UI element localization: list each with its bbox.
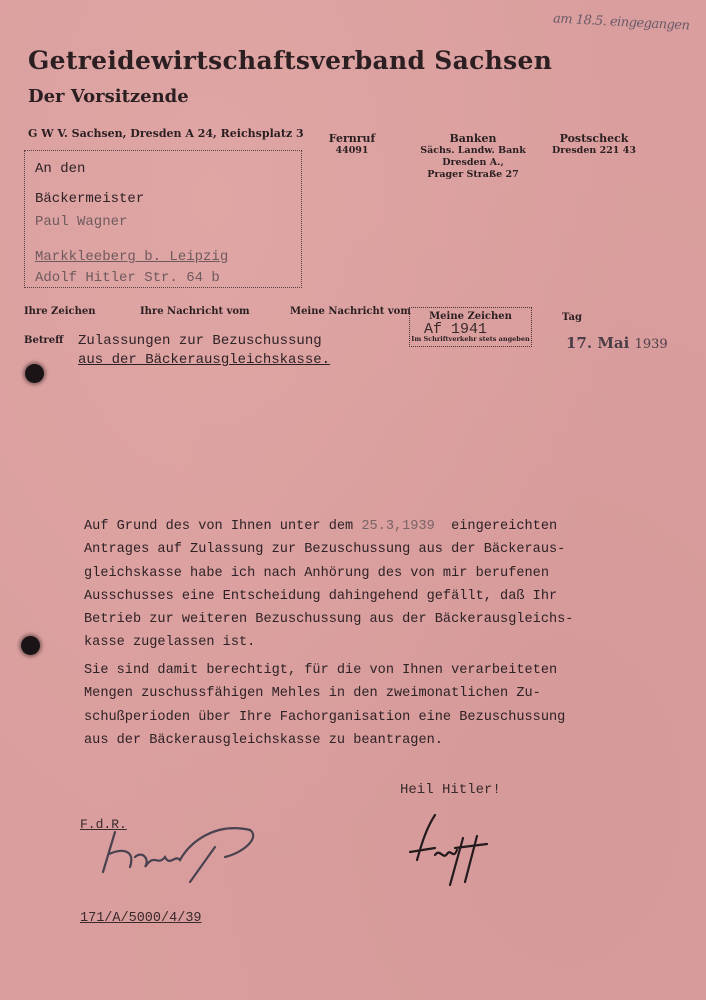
sender-address-line: G W V. Sachsen, Dresden A 24, Reichsplat… <box>28 127 304 140</box>
organization-name: Getreidewirtschaftsverband Sachsen <box>28 46 552 75</box>
phone-number: 44091 <box>322 145 382 157</box>
postcheck-number: Dresden 221 43 <box>548 145 640 157</box>
punch-hole <box>21 636 40 655</box>
subject-line-2: aus der Bäckerausgleichskasse. <box>78 351 330 370</box>
phone-label: Fernruf <box>322 132 382 145</box>
recipient-line: Bäckermeister <box>35 191 144 207</box>
subject: Zulassungen zur Bezuschussung aus der Bä… <box>78 332 330 370</box>
recipient-address-box: An den Bäckermeister Paul Wagner Markkle… <box>24 150 302 288</box>
handwritten-receipt-note: am 18.5. eingegangen <box>553 11 690 33</box>
contact-postcheck: Postscheck Dresden 221 43 <box>548 132 640 157</box>
signature-clerk <box>95 812 265 892</box>
date-label: Tag <box>562 312 582 323</box>
closing-greeting: Heil Hitler! <box>400 782 501 798</box>
signature-chairman <box>405 810 505 890</box>
letter-page: am 18.5. eingegangen Getreidewirtschafts… <box>0 0 706 1000</box>
p1-text-rest: eingereichten Antrages auf Zulassung zur… <box>84 519 573 650</box>
recipient-street: Adolf Hitler Str. 64 b <box>35 270 220 286</box>
contact-phone: Fernruf 44091 <box>322 132 382 157</box>
recipient-line: An den <box>35 161 85 177</box>
punch-hole <box>25 364 44 383</box>
contact-banks: Banken Sächs. Landw. Bank Dresden A., Pr… <box>413 132 533 181</box>
postcheck-label: Postscheck <box>548 132 640 145</box>
organization-subtitle: Der Vorsitzende <box>28 86 189 107</box>
my-reference-box: Meine Zeichen Af 1941 Im Schriftverkehr … <box>409 307 532 347</box>
subject-line-1: Zulassungen zur Bezuschussung <box>78 332 330 351</box>
bank-line: Sächs. Landw. Bank <box>413 145 533 157</box>
application-date: 25.3,1939 <box>361 519 434 534</box>
your-ref-label: Ihre Zeichen <box>24 306 96 317</box>
date-year: 1939 <box>635 337 668 352</box>
your-message-label: Ihre Nachricht vom <box>140 306 250 317</box>
body-paragraph-2: Sie sind damit berechtigt, für die von I… <box>84 659 565 752</box>
date-stamp: 17. Mai 1939 <box>566 334 668 352</box>
document-reference-number: 171/A/5000/4/39 <box>80 911 202 926</box>
body-paragraph-1: Auf Grund des von Ihnen unter dem 25.3,1… <box>84 515 573 655</box>
banks-label: Banken <box>413 132 533 145</box>
recipient-city: Markkleeberg b. Leipzig <box>35 249 228 265</box>
subject-label: Betreff <box>24 335 63 346</box>
bank-line: Prager Straße 27 <box>413 169 533 181</box>
date-day-month: 17. Mai <box>566 334 629 352</box>
my-ref-footer: Im Schriftverkehr stets angeben <box>410 335 531 343</box>
p1-text: Auf Grund des von Ihnen unter dem <box>84 519 361 534</box>
recipient-name: Paul Wagner <box>35 214 127 230</box>
my-message-label: Meine Nachricht vom <box>290 306 411 317</box>
bank-line: Dresden A., <box>413 157 533 169</box>
